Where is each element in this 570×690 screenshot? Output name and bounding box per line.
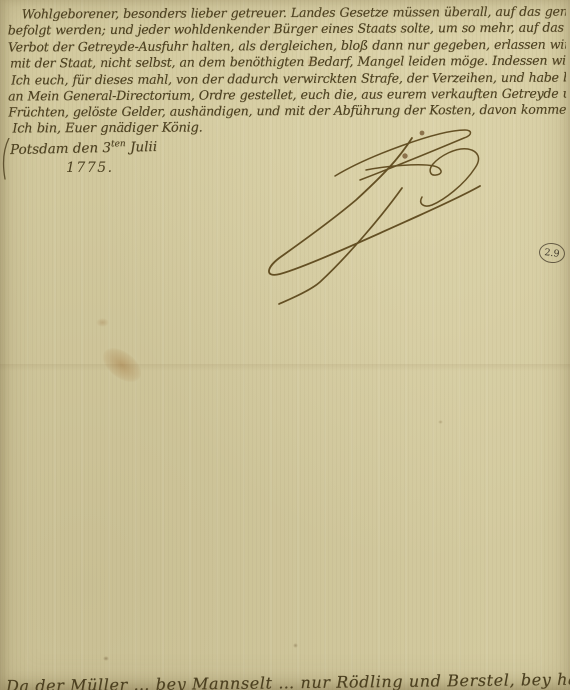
bottom-cutoff-line: Da der Müller … bey Mannselt … nur Rödli…: [6, 668, 570, 690]
fold-crease: [0, 364, 570, 371]
signature-flourish: [258, 118, 493, 313]
dateline: Potsdam den 3ten Julii: [10, 138, 157, 158]
circled-number-annotation: 2.9: [538, 241, 566, 264]
dateline-month: Julii: [126, 139, 158, 156]
circled-number-value: 2.9: [544, 247, 560, 260]
foxing-spot: [103, 656, 109, 661]
ink-blot: [420, 131, 425, 136]
dateline-year: 1775.: [66, 160, 114, 176]
ink-blot: [402, 153, 407, 158]
foxing-spot: [438, 420, 443, 424]
foxing-spot: [293, 643, 298, 648]
dateline-place: Potsdam den 3: [10, 140, 111, 158]
letter-page: Wohlgeborener, besonders lieber getreuer…: [0, 0, 570, 690]
dateline-ordinal: ten: [111, 139, 126, 149]
foxing-stain: [97, 341, 148, 389]
foxing-spot: [96, 318, 109, 327]
